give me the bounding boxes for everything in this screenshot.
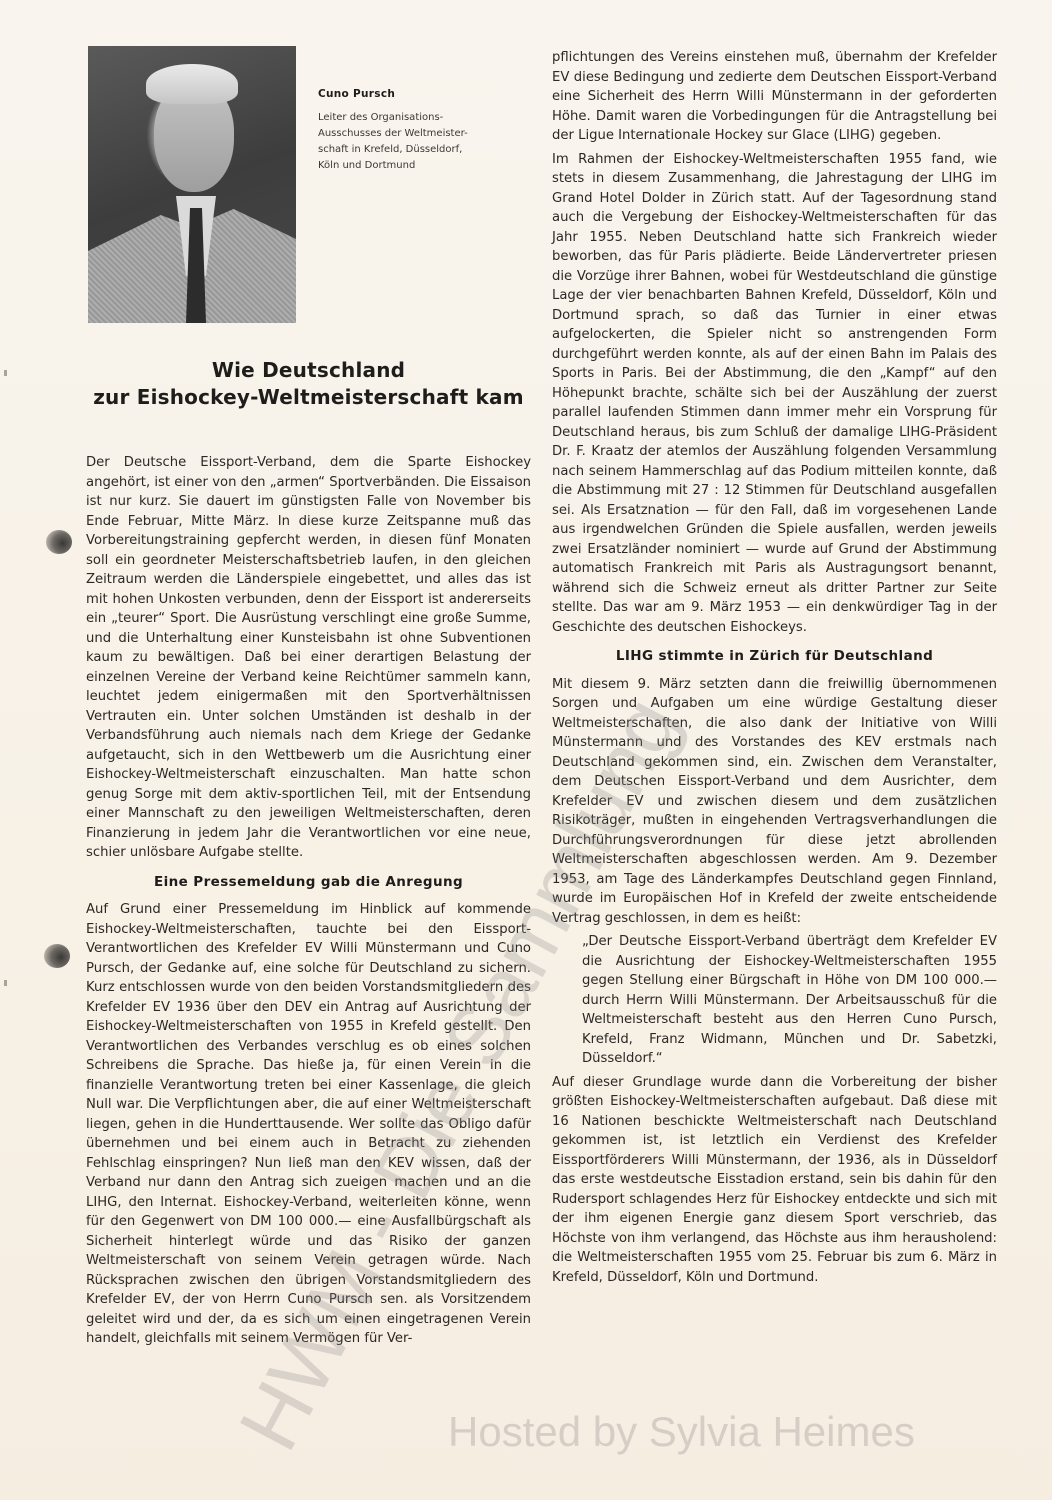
portrait-description: Leiter des Organisations- Ausschusses de… [318, 110, 518, 174]
article-title-line1: Wie Deutschland [86, 357, 531, 384]
portrait-description-line: schaft in Krefeld, Düsseldorf, [318, 142, 518, 158]
hosted-by-watermark: Hosted by Sylvia Heimes [448, 1408, 915, 1456]
article-title: Wie Deutschland zur Eishockey-Weltmeiste… [86, 357, 531, 411]
hole-punch-mark [44, 944, 70, 968]
portrait-description-line: Köln und Dortmund [318, 158, 518, 174]
edge-mark [4, 370, 7, 376]
paragraph: Auf dieser Grundlage wurde dann die Vorb… [552, 1073, 997, 1288]
edge-mark [4, 980, 7, 986]
article-title-line2: zur Eishockey-Weltmeisterschaft kam [86, 384, 531, 411]
portrait-caption: Cuno Pursch Leiter des Organisations- Au… [318, 88, 518, 174]
portrait-description-line: Leiter des Organisations- [318, 110, 518, 126]
section-heading: Eine Pressemeldung gab die Anregung [86, 873, 531, 893]
paragraph: Auf Grund einer Pressemeldung im Hinblic… [86, 900, 531, 1349]
paragraph: Im Rahmen der Eishockey-Weltmeisterschaf… [552, 150, 997, 638]
paragraph: Der Deutsche Eissport-Verband, dem die S… [86, 453, 531, 863]
contract-quote: „Der Deutsche Eissport-Verband überträgt… [582, 932, 997, 1069]
paragraph: pflichtungen des Vereins einstehen muß, … [552, 48, 997, 146]
portrait-description-line: Ausschusses der Weltmeister- [318, 126, 518, 142]
right-column: pflichtungen des Vereins einstehen muß, … [552, 48, 997, 1291]
section-heading: LIHG stimmte in Zürich für Deutschland [552, 647, 997, 667]
paragraph: Mit diesem 9. März setzten dann die frei… [552, 675, 997, 929]
photo-hair [146, 64, 238, 104]
hole-punch-mark [46, 530, 72, 554]
left-column: Der Deutsche Eissport-Verband, dem die S… [86, 453, 531, 1353]
portrait-photo [88, 46, 296, 323]
document-page: Cuno Pursch Leiter des Organisations- Au… [0, 0, 1052, 1500]
portrait-name: Cuno Pursch [318, 88, 518, 100]
